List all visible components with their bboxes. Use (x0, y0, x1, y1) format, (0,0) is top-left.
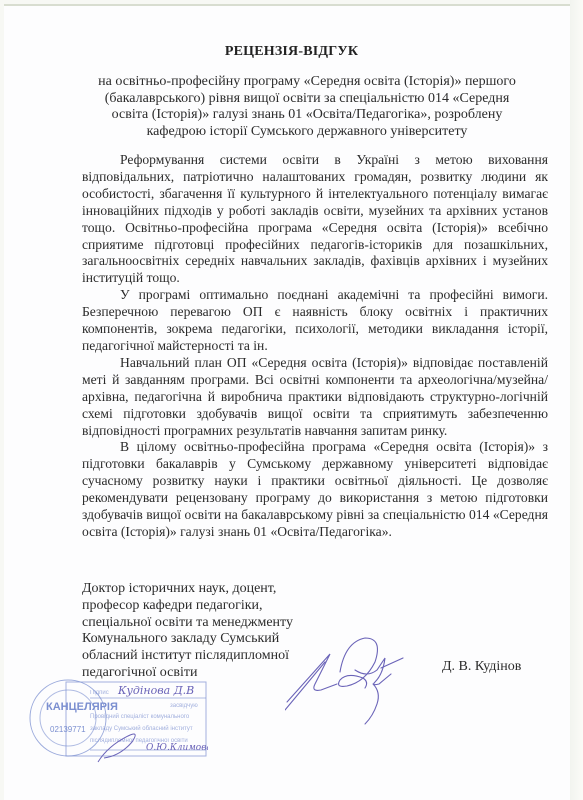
handwritten-signature (285, 632, 415, 732)
document-subtitle: на освітньо-професійну програму «Середня… (92, 74, 522, 140)
paragraph: Реформування системи освіти в Україні з … (82, 152, 548, 287)
document-title: РЕЦЕНЗІЯ-ВІДГУК (0, 44, 583, 60)
svg-text:Провідний спеціаліст комунальн: Провідний спеціаліст комунального (90, 713, 190, 720)
office-stamp: КАНЦЕЛЯРІЯ 02139771 Підпис засвідчую Про… (28, 676, 208, 766)
svg-text:02139771: 02139771 (50, 725, 86, 734)
svg-text:О.Ю.Климова: О.Ю.Климова (146, 743, 208, 753)
document-body: Реформування системи освіти в Україні з … (82, 152, 548, 541)
position-line: професор кафедри педагогіки, (82, 598, 362, 615)
scan-edge (570, 0, 583, 800)
svg-text:Підпис: Підпис (90, 690, 109, 696)
paragraph: У програмі оптимально поєднані академічн… (82, 287, 548, 355)
svg-text:засвідчую: засвідчую (170, 703, 198, 709)
signatory-name: Д. В. Кудінов (442, 659, 521, 675)
position-line: спеціальної освіти та менеджменту (82, 615, 362, 632)
paragraph: В цілому освітньо-професійна програма «С… (82, 439, 548, 540)
paragraph: Навчальний план ОП «Середня освіта (Істо… (82, 355, 548, 440)
position-line: Доктор історичних наук, доцент, (82, 581, 362, 598)
svg-text:закладу Сумський обласний інст: закладу Сумський обласний інститут (90, 725, 193, 732)
svg-text:Кудінова Д.В: Кудінова Д.В (117, 684, 194, 697)
svg-text:КАНЦЕЛЯРІЯ: КАНЦЕЛЯРІЯ (46, 701, 118, 713)
